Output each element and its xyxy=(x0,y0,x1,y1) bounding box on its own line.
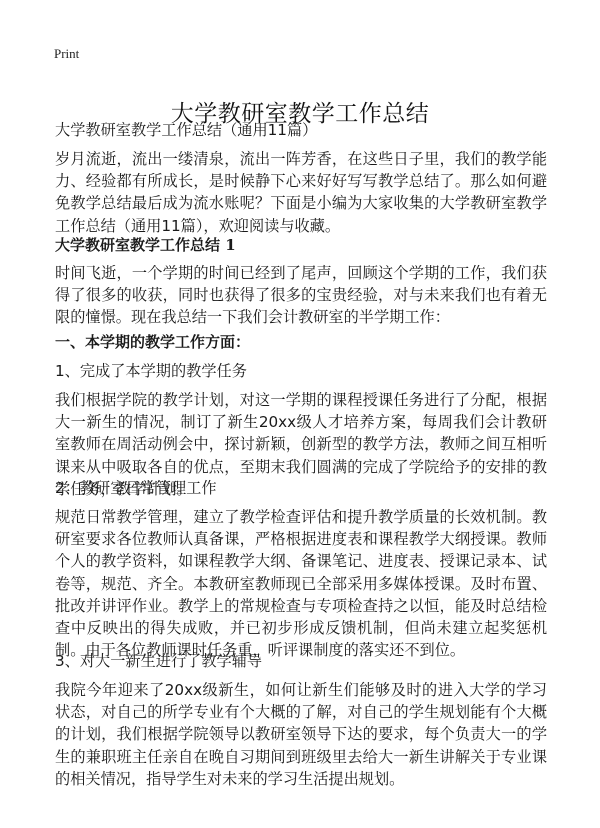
item-heading: 2、教研室日常管理工作 xyxy=(55,477,547,499)
print-button[interactable]: Print xyxy=(54,46,79,62)
item-body: 规范日常教学管理，建立了教学检查评估和提升教学质量的长效机制。教研室要求各位教师… xyxy=(55,506,547,661)
intro-paragraph: 岁月流逝，流出一缕清泉，流出一阵芳香，在这些日子里，我们的教学能力、经验都有所成… xyxy=(55,148,547,237)
section-intro-paragraph: 时间飞逝，一个学期的时间已经到了尾声，回顾这个学期的工作，我们获得了很多的收获，… xyxy=(55,262,547,329)
item-body: 我院今年迎来了20xx级新生，如何让新生们能够及时的进入大学的学习状态，对自己的… xyxy=(55,679,547,790)
item-heading: 1、完成了本学期的教学任务 xyxy=(55,360,547,382)
item-heading: 3、对大一新生进行了教学辅导 xyxy=(55,650,547,672)
section-heading: 大学教研室教学工作总结 1 xyxy=(55,234,547,256)
document-subtitle: 大学教研室教学工作总结（通用11篇） xyxy=(55,119,547,141)
part-heading: 一、本学期的教学工作方面： xyxy=(55,331,547,353)
